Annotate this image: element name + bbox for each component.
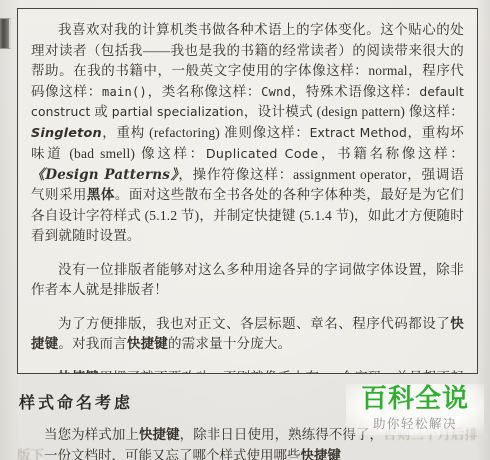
adjacent-page-edge-image — [0, 18, 11, 49]
text-segment: 快捷键 — [127, 336, 168, 351]
text-segment: 黑体 — [87, 187, 115, 202]
text-segment: 一份文档时，可能又忘了哪个样式使用哪些 — [44, 448, 301, 460]
text-segment: ，重构 (refactoring) 准则像这样： — [102, 125, 310, 140]
text-segment: ，类名称像这样： — [147, 84, 261, 99]
quote-paragraph-fonts: 我喜欢对我的计算机类书做各种术语上的字体变化。这个贴心的处理对读者（包括我——我… — [31, 20, 464, 247]
quote-box: 我喜欢对我的计算机类书做各种术语上的字体变化。这个贴心的处理对读者（包括我——我… — [17, 8, 478, 374]
text-segment: 《Design Patterns》 — [31, 167, 178, 183]
text-segment: ，书籍名称像这样： — [319, 146, 464, 161]
text-segment: main() — [102, 85, 147, 99]
text-segment: 。对我而言 — [58, 336, 127, 351]
text-segment: 没有一位排版者能够对这么多种用途各异的字词做字体设置，除非作者本人就是排版者！ — [31, 262, 464, 298]
quote-paragraph-typesetter: 没有一位排版者能够对这么多种用途各异的字词做字体设置，除非作者本人就是排版者！ — [31, 260, 464, 301]
text-segment: ，操作符像这样： — [178, 167, 293, 182]
text-segment: partial specialization — [112, 105, 244, 119]
text-segment: 当您为样式加上 — [44, 427, 139, 442]
text-segment: 为了方便排版，我也对正文、各层标题、章名、程序代码都设了 — [58, 316, 450, 331]
text-segment: 快捷键 — [139, 427, 180, 442]
text-segment: 的需求量十分庞大。 — [168, 336, 291, 351]
text-segment: normal — [368, 63, 407, 78]
quote-paragraph-shortcuts-habit: 快捷键用惯了就不要改动，否则就像手上有 10 个密码，总是想不起来哪个账户用哪个… — [31, 368, 464, 375]
text-segment: Singleton — [31, 126, 102, 141]
text-segment: 或 — [91, 104, 112, 119]
text-segment: Cwnd — [261, 85, 291, 99]
text-segment: Extract Method — [310, 126, 407, 140]
text-segment: ，特殊术语像这样： — [291, 84, 419, 99]
quote-paragraph-shortcuts-demand: 为了方便排版，我也对正文、各层标题、章名、程序代码都设了快捷键。对我而言快捷键的… — [31, 314, 464, 355]
text-segment: ，设计模式 (design pattern) 像这样： — [244, 104, 464, 119]
section-heading: 样式命名考虑 — [19, 390, 133, 413]
watermark-title: 百科全说 — [346, 386, 484, 413]
watermark-tagline: 助你轻松解决 — [346, 414, 484, 432]
text-segment: 快捷键 — [58, 370, 99, 375]
text-segment: assignment operator — [293, 167, 407, 182]
text-segment: 快捷键 — [301, 448, 342, 460]
text-segment: Duplicated Code — [206, 146, 319, 161]
watermark-logo: 百科全说 助你轻松解决 — [346, 384, 484, 435]
